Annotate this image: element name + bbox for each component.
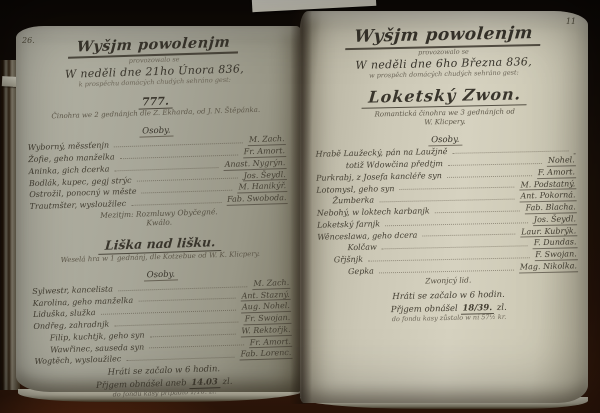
- dotted-leader: [435, 210, 520, 213]
- dotted-leader: [142, 190, 233, 194]
- dotted-leader: [149, 345, 244, 349]
- dotted-leader: [382, 245, 528, 249]
- right-page-content: Wyšjm powolenjm provozowalo se W neděli …: [313, 22, 579, 324]
- right-page: 11 Wyšjm powolenjm provozowalo se W nedě…: [300, 11, 588, 403]
- play-cast-label: Osoby.: [428, 135, 462, 147]
- right-header-title: Wyšjm powolenjm: [345, 23, 542, 50]
- dotted-leader: [447, 175, 532, 178]
- dotted-leader: [114, 321, 238, 326]
- dotted-leader: [385, 222, 528, 226]
- photo-of-open-manuscript-book: 26. Wyšjm powolenjm provozowalo se W ned…: [0, 0, 600, 413]
- dotted-leader: [115, 167, 219, 171]
- play-cast-list: Hrabě Laužecký, pán na Laužjně totiž Wdo…: [315, 145, 578, 278]
- dotted-leader: [452, 151, 568, 154]
- dotted-leader: [126, 357, 234, 361]
- dotted-leader: [399, 187, 514, 190]
- dotted-leader: [137, 178, 238, 182]
- dotted-leader: [138, 298, 235, 302]
- dotted-leader: [368, 257, 529, 261]
- dotted-leader: [120, 154, 238, 159]
- right-page-number: 11: [566, 17, 576, 26]
- play1-number: 777.: [138, 95, 173, 110]
- dotted-leader: [379, 199, 514, 203]
- dotted-leader: [150, 333, 236, 337]
- left-page-number: 26.: [22, 36, 35, 45]
- left-page: 26. Wyšjm powolenjm provozowalo se W ned…: [16, 26, 302, 392]
- dotted-leader: [422, 234, 515, 237]
- dotted-leader: [118, 286, 247, 291]
- play2-cast-label: Osoby.: [144, 269, 179, 281]
- play2-cast-list: Sylwestr, kancelistaM. Zach. Karolina, g…: [32, 278, 292, 367]
- dotted-leader: [131, 202, 221, 206]
- left-page-content: Wyšjm powolenjm provozowalo se W neděli …: [24, 30, 293, 401]
- play1-cast-list: Wyborný, měssťenjnM. Zach. Žofie, geho m…: [28, 134, 288, 212]
- dotted-leader: [448, 163, 542, 166]
- dotted-leader: [114, 142, 243, 147]
- play-title: Loketský Zwon.: [361, 85, 528, 109]
- dotted-leader: [101, 310, 236, 315]
- play1-cast-label: Osoby.: [139, 126, 174, 138]
- dotted-leader: [379, 269, 514, 273]
